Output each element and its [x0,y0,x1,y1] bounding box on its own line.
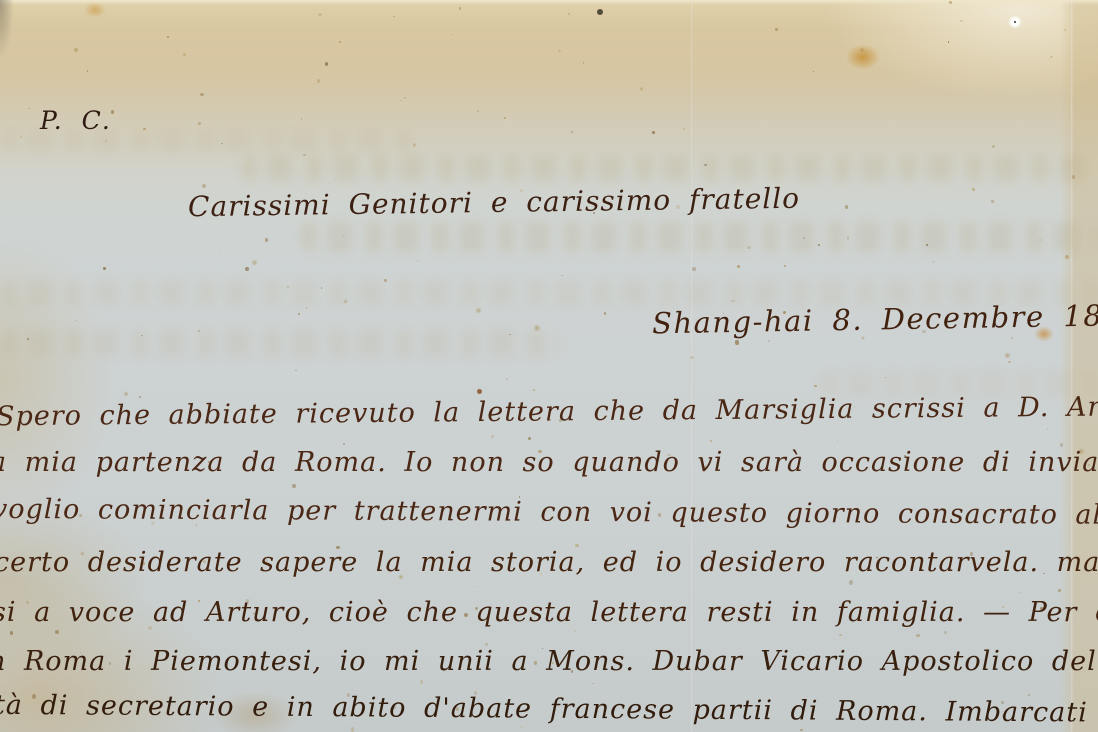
rust-stain [84,2,106,18]
ghost-bleedthrough [300,222,1098,252]
annotation-top-left: P. C. [40,106,112,135]
paper-hole [1008,16,1022,28]
ink-spot [597,9,603,15]
paper-corner-shadow [0,0,14,60]
paper-top-edge [0,0,1098,5]
body-line: tà di secretario e in abito d'abate fran… [0,690,1098,729]
letter-page: P. C. Carissimi Genitori e carissimo fra… [0,0,1098,732]
body-line: n Roma i Piemontesi, io mi unii a Mons. … [0,646,1098,677]
body-line: a mia partenza da Roma. Io non so quando… [0,447,1098,478]
body-line: si a voce ad Arturo, cioè che questa let… [0,597,1098,628]
ghost-bleedthrough [0,330,560,356]
body-line: Spero che abbiate ricevuto la lettera ch… [0,391,1098,432]
ghost-bleedthrough [240,156,1098,182]
body-line: voglio cominciarla per trattenermi con v… [0,494,1098,531]
body-line: certo desiderate sapere la mia storia, e… [0,547,1098,578]
ink-spot [477,389,482,394]
salutation: Carissimi Genitori e carissimo fratello [188,182,800,224]
